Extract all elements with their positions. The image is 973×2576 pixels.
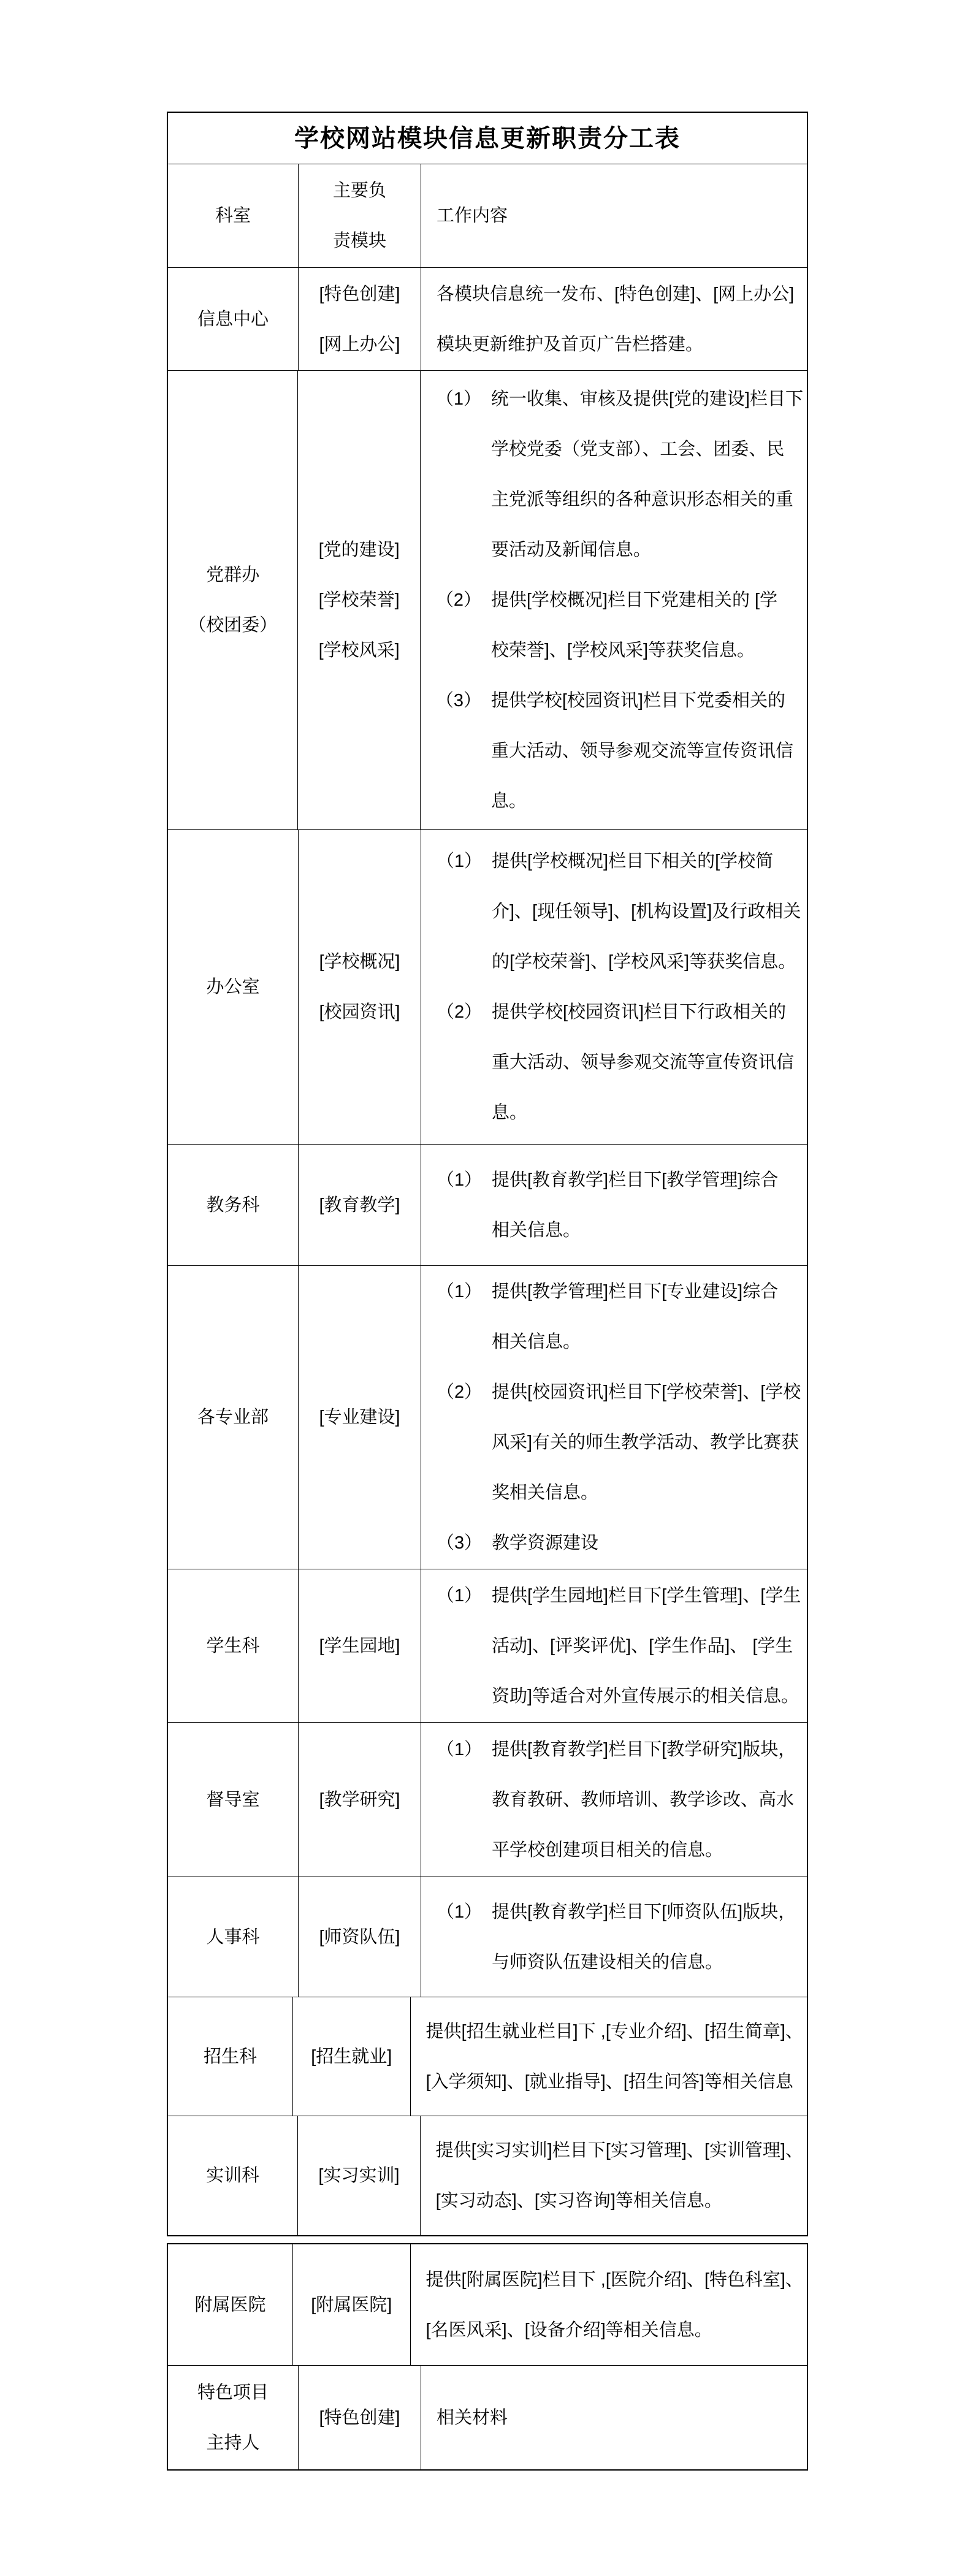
content-cell: 提供[招生就业栏目]下 ,[专业介绍]、[招生简章]、[入学须知]、[就业指导]… (411, 1997, 807, 2116)
content-item: （2）提供[校园资讯]栏目下[学校荣誉]、[学校风采]有关的师生教学活动、教学比… (437, 1367, 803, 1518)
item-number: （2） (436, 575, 491, 625)
dept-cell: 招生科 (168, 1997, 293, 2116)
content-line: 统一收集、审核及提供[党的建设]栏目下 (491, 374, 803, 424)
content-line: 重大活动、领导参观交流等宣传资讯信 (492, 1037, 803, 1088)
dept-cell: 办公室 (168, 830, 299, 1144)
content-line: 介]、[现任领导]、[机构设置]及行政相关 (492, 886, 803, 937)
content-item: （1）提供[教学管理]栏目下[专业建设]综合相关信息。 (437, 1267, 803, 1367)
module-cell: [专业建设] (299, 1266, 421, 1569)
table-row: 党群办（校团委） [党的建设][学校荣誉][学校风采] （1）统一收集、审核及提… (168, 371, 807, 830)
content-line: 提供[学校概况]栏目下相关的[学校简 (492, 836, 803, 886)
table-row: 督导室 [教学研究] （1）提供[教育教学]栏目下[教学研究]版块，教育教研、教… (168, 1723, 807, 1877)
content-line: 活动]、[评奖评优]、[学生作品]、 [学生 (492, 1621, 803, 1671)
content-item-lines: 教学资源建设 (492, 1518, 803, 1568)
dept-line: 招生科 (204, 2032, 257, 2082)
content-item: （3）提供学校[校园资讯]栏目下党委相关的重大活动、领导参观交流等宣传资讯信息。 (436, 676, 803, 826)
module-cell: [教学研究] (299, 1723, 421, 1877)
table-title-row: 学校网站模块信息更新职责分工表 (168, 113, 807, 164)
content-item: 提供[实习实训]栏目下[实习管理]、[实训管理]、[实习动态]、[实习咨询]等相… (436, 2125, 803, 2226)
module-tag: [校园资讯] (319, 987, 400, 1037)
document-page: 学校网站模块信息更新职责分工表 科室 主要负 责模块 工作内容 信息中心 [特色… (0, 0, 973, 2576)
content-item-lines: 各模块信息统一发布、[特色创建]、[网上办公]模块更新维护及首页广告栏搭建。 (437, 269, 803, 370)
dept-line: 办公室 (206, 962, 259, 1012)
item-number: （1） (437, 1887, 492, 1937)
content-line: 提供[教育教学]栏目下[师资队伍]版块， (492, 1887, 803, 1937)
dept-line: 党群办 (206, 550, 259, 600)
dept-line: 特色项目 (197, 2368, 269, 2418)
content-item-lines: 提供学校[校园资讯]栏目下党委相关的重大活动、领导参观交流等宣传资讯信息。 (491, 676, 803, 826)
content-line: 奖相关信息。 (492, 1468, 803, 1518)
header-module-cell: 主要负 责模块 (299, 164, 421, 267)
content-cell: （1）提供[教学管理]栏目下[专业建设]综合相关信息。（2）提供[校园资讯]栏目… (421, 1266, 807, 1569)
item-number: （3） (436, 676, 491, 726)
content-line: 提供[教学管理]栏目下[专业建设]综合 (492, 1267, 803, 1317)
table-row: 特色项目主持人 [特色创建] 相关材料 (168, 2366, 807, 2469)
module-cell: [特色创建][网上办公] (299, 268, 421, 370)
header-row: 科室 主要负 责模块 工作内容 (168, 164, 807, 268)
module-tag: [网上办公] (319, 319, 400, 370)
item-number: （2） (437, 1367, 492, 1417)
content-item: 各模块信息统一发布、[特色创建]、[网上办公]模块更新维护及首页广告栏搭建。 (437, 269, 803, 370)
content-line: 息。 (491, 776, 803, 826)
dept-cell: 附属医院 (168, 2244, 293, 2365)
module-cell: [特色创建] (299, 2366, 421, 2469)
content-item: （1）提供[教育教学]栏目下[教学研究]版块，教育教研、教师培训、教学诊改、高水… (437, 1724, 803, 1875)
item-number: （1） (437, 1155, 492, 1205)
content-item-lines: 提供[学校概况]栏目下党建相关的 [学校荣誉]、[学校风采]等获奖信息。 (491, 575, 803, 676)
appendix-table: 附属医院 [附属医院] 提供[附属医院]栏目下 ,[医院介绍]、[特色科室]、[… (167, 2243, 808, 2471)
module-tag: [附属医院] (311, 2280, 392, 2330)
content-line: 模块更新维护及首页广告栏搭建。 (437, 319, 803, 370)
content-item-lines: 提供[教学管理]栏目下[专业建设]综合相关信息。 (492, 1267, 803, 1367)
module-cell: [教育教学] (299, 1145, 421, 1265)
content-line: 校荣誉]、[学校风采]等获奖信息。 (491, 625, 803, 676)
content-line: [名医风采]、[设备介绍]等相关信息。 (426, 2305, 803, 2355)
content-item: 提供[招生就业栏目]下 ,[专业介绍]、[招生简章]、[入学须知]、[就业指导]… (426, 2006, 803, 2107)
content-line: 平学校创建项目相关的信息。 (492, 1825, 803, 1875)
header-content-cell: 工作内容 (421, 164, 807, 267)
content-item-lines: 提供[教育教学]栏目下[教学研究]版块，教育教研、教师培训、教学诊改、高水平学校… (492, 1724, 803, 1875)
content-line: 相关信息。 (492, 1317, 803, 1367)
table-row: 实训科 [实习实训] 提供[实习实训]栏目下[实习管理]、[实训管理]、[实习动… (168, 2116, 807, 2235)
header-module-label-line2: 责模块 (333, 216, 386, 266)
content-line: 教育教研、教师培训、教学诊改、高水 (492, 1775, 803, 1825)
content-item-lines: 提供学校[校园资讯]栏目下行政相关的重大活动、领导参观交流等宣传资讯信息。 (492, 987, 803, 1138)
table-row: 教务科 [教育教学] （1）提供[教育教学]栏目下[教学管理]综合相关信息。 (168, 1145, 807, 1266)
content-cell: （1）统一收集、审核及提供[党的建设]栏目下学校党委（党支部）、工会、团委、民主… (421, 371, 807, 829)
module-tag: [学校风采] (319, 625, 400, 676)
content-cell: 各模块信息统一发布、[特色创建]、[网上办公]模块更新维护及首页广告栏搭建。 (421, 268, 807, 370)
dept-cell: 督导室 (168, 1723, 299, 1877)
content-line: 相关材料 (437, 2393, 803, 2443)
content-line: 学校党委（党支部）、工会、团委、民 (491, 424, 803, 474)
content-item: （1）提供[教育教学]栏目下[师资队伍]版块，与师资队伍建设相关的信息。 (437, 1887, 803, 1987)
content-item-lines: 相关材料 (437, 2393, 803, 2443)
module-tag: [专业建设] (319, 1392, 400, 1442)
content-item-lines: 统一收集、审核及提供[党的建设]栏目下学校党委（党支部）、工会、团委、民主党派等… (491, 374, 803, 575)
dept-cell: 各专业部 (168, 1266, 299, 1569)
table-row: 人事科 [师资队伍] （1）提供[教育教学]栏目下[师资队伍]版块，与师资队伍建… (168, 1877, 807, 1997)
dept-line: 学生科 (206, 1621, 259, 1671)
responsibility-table: 学校网站模块信息更新职责分工表 科室 主要负 责模块 工作内容 信息中心 [特色… (167, 112, 808, 2471)
content-line: 各模块信息统一发布、[特色创建]、[网上办公] (437, 269, 803, 319)
module-tag: [教育教学] (319, 1180, 400, 1230)
content-cell: （1）提供[学校概况]栏目下相关的[学校简介]、[现任领导]、[机构设置]及行政… (421, 830, 807, 1144)
item-number: （1） (436, 374, 491, 424)
content-cell: 相关材料 (421, 2366, 807, 2469)
content-item-lines: 提供[学生园地]栏目下[学生管理]、[学生活动]、[评奖评优]、[学生作品]、 … (492, 1571, 803, 1721)
dept-cell: 党群办（校团委） (168, 371, 298, 829)
dept-cell: 信息中心 (168, 268, 299, 370)
module-cell: [师资队伍] (299, 1877, 421, 1997)
module-cell: [招生就业] (293, 1997, 411, 2116)
content-item-lines: 提供[学校概况]栏目下相关的[学校简介]、[现任领导]、[机构设置]及行政相关的… (492, 836, 803, 987)
content-line: 的[学校荣誉]、[学校风采]等获奖信息。 (492, 937, 803, 987)
content-line: 主党派等组织的各种意识形态相关的重 (491, 474, 803, 525)
content-line: 提供学校[校园资讯]栏目下党委相关的 (491, 676, 803, 726)
content-line: 重大活动、领导参观交流等宣传资讯信 (491, 726, 803, 776)
dept-cell: 实训科 (168, 2116, 298, 2235)
header-content-label: 工作内容 (437, 191, 508, 241)
content-cell: （1）提供[学生园地]栏目下[学生管理]、[学生活动]、[评奖评优]、[学生作品… (421, 1569, 807, 1722)
item-number: （1） (437, 1724, 492, 1775)
module-tag: [学生园地] (319, 1621, 400, 1671)
dept-line: 教务科 (206, 1180, 259, 1230)
module-tag: [教学研究] (319, 1775, 400, 1825)
content-line: [入学须知]、[就业指导]、[招生问答]等相关信息 (426, 2057, 803, 2107)
table-row: 学生科 [学生园地] （1）提供[学生园地]栏目下[学生管理]、[学生活动]、[… (168, 1569, 807, 1723)
module-tag: [学校荣誉] (319, 575, 400, 625)
dept-line: 人事科 (206, 1912, 259, 1962)
module-tag: [学校概况] (319, 937, 400, 987)
content-line: 提供[学校概况]栏目下党建相关的 [学 (491, 575, 803, 625)
item-number: （1） (437, 1267, 492, 1317)
dept-line: 信息中心 (197, 294, 269, 345)
module-tag: [特色创建] (319, 2393, 400, 2443)
dept-line: 附属医院 (194, 2280, 265, 2330)
header-dept-cell: 科室 (168, 164, 299, 267)
table-row: 附属医院 [附属医院] 提供[附属医院]栏目下 ,[医院介绍]、[特色科室]、[… (168, 2244, 807, 2366)
module-cell: [党的建设][学校荣誉][学校风采] (298, 371, 420, 829)
table-title: 学校网站模块信息更新职责分工表 (294, 113, 681, 164)
module-tag: [招生就业] (311, 2032, 392, 2082)
content-item: （3）教学资源建设 (437, 1518, 803, 1568)
content-item-lines: 提供[招生就业栏目]下 ,[专业介绍]、[招生简章]、[入学须知]、[就业指导]… (426, 2006, 803, 2107)
table-row: 招生科 [招生就业] 提供[招生就业栏目]下 ,[专业介绍]、[招生简章]、[入… (168, 1997, 807, 2116)
module-tag: [实习实训] (318, 2151, 399, 2201)
content-item: 相关材料 (437, 2393, 803, 2443)
content-line: 要活动及新闻信息。 (491, 525, 803, 575)
module-cell: [学生园地] (299, 1569, 421, 1722)
content-item-lines: 提供[附属医院]栏目下 ,[医院介绍]、[特色科室]、[名医风采]、[设备介绍]… (426, 2255, 803, 2355)
content-line: 提供学校[校园资讯]栏目下行政相关的 (492, 987, 803, 1037)
content-line: 息。 (492, 1088, 803, 1138)
content-item-lines: 提供[实习实训]栏目下[实习管理]、[实训管理]、[实习动态]、[实习咨询]等相… (436, 2125, 803, 2226)
module-tag: [师资队伍] (319, 1912, 400, 1962)
dept-cell: 特色项目主持人 (168, 2366, 299, 2469)
item-number: （1） (437, 836, 492, 886)
header-dept-label: 科室 (215, 191, 251, 241)
item-number: （2） (437, 987, 492, 1037)
table-row: 办公室 [学校概况][校园资讯] （1）提供[学校概况]栏目下相关的[学校简介]… (168, 830, 807, 1145)
content-cell: 提供[附属医院]栏目下 ,[医院介绍]、[特色科室]、[名医风采]、[设备介绍]… (411, 2244, 807, 2365)
content-item: （1）统一收集、审核及提供[党的建设]栏目下学校党委（党支部）、工会、团委、民主… (436, 374, 803, 575)
content-item-lines: 提供[校园资讯]栏目下[学校荣誉]、[学校风采]有关的师生教学活动、教学比赛获奖… (492, 1367, 803, 1518)
item-number: （1） (437, 1571, 492, 1621)
module-tag: [特色创建] (319, 269, 400, 319)
module-cell: [附属医院] (293, 2244, 411, 2365)
dept-line: 督导室 (206, 1775, 259, 1825)
content-line: 提供[教育教学]栏目下[教学管理]综合 (492, 1155, 803, 1205)
content-item-lines: 提供[教育教学]栏目下[师资队伍]版块，与师资队伍建设相关的信息。 (492, 1887, 803, 1987)
content-item: （1）提供[学校概况]栏目下相关的[学校简介]、[现任领导]、[机构设置]及行政… (437, 836, 803, 987)
content-item: （1）提供[教育教学]栏目下[教学管理]综合相关信息。 (437, 1155, 803, 1256)
dept-line: 各专业部 (197, 1392, 269, 1442)
content-line: 相关信息。 (492, 1205, 803, 1256)
content-line: 教学资源建设 (492, 1518, 803, 1568)
content-line: 提供[实习实训]栏目下[实习管理]、[实训管理]、 (436, 2125, 803, 2176)
content-line: 与师资队伍建设相关的信息。 (492, 1937, 803, 1987)
table-row: 信息中心 [特色创建][网上办公] 各模块信息统一发布、[特色创建]、[网上办公… (168, 268, 807, 371)
content-cell: （1）提供[教育教学]栏目下[教学管理]综合相关信息。 (421, 1145, 807, 1265)
content-line: 提供[招生就业栏目]下 ,[专业介绍]、[招生简章]、 (426, 2006, 803, 2057)
content-cell: 提供[实习实训]栏目下[实习管理]、[实训管理]、[实习动态]、[实习咨询]等相… (421, 2116, 807, 2235)
dept-line: （校团委） (188, 600, 277, 650)
content-item: （2）提供[学校概况]栏目下党建相关的 [学校荣誉]、[学校风采]等获奖信息。 (436, 575, 803, 676)
dept-line: 实训科 (206, 2151, 259, 2201)
content-line: 提供[校园资讯]栏目下[学校荣誉]、[学校 (492, 1367, 803, 1417)
dept-cell: 人事科 (168, 1877, 299, 1997)
module-cell: [学校概况][校园资讯] (299, 830, 421, 1144)
content-item: （2）提供学校[校园资讯]栏目下行政相关的重大活动、领导参观交流等宣传资讯信息。 (437, 987, 803, 1138)
module-tag: [党的建设] (319, 525, 400, 575)
content-line: 提供[附属医院]栏目下 ,[医院介绍]、[特色科室]、 (426, 2255, 803, 2305)
item-number: （3） (437, 1518, 492, 1568)
content-cell: （1）提供[教育教学]栏目下[教学研究]版块，教育教研、教师培训、教学诊改、高水… (421, 1723, 807, 1877)
content-line: 资助]等适合对外宣传展示的相关信息。 (492, 1671, 803, 1721)
content-item: 提供[附属医院]栏目下 ,[医院介绍]、[特色科室]、[名医风采]、[设备介绍]… (426, 2255, 803, 2355)
content-line: 风采]有关的师生教学活动、教学比赛获 (492, 1417, 803, 1468)
module-cell: [实习实训] (298, 2116, 420, 2235)
dept-cell: 学生科 (168, 1569, 299, 1722)
dept-cell: 教务科 (168, 1145, 299, 1265)
table-row: 各专业部 [专业建设] （1）提供[教学管理]栏目下[专业建设]综合相关信息。（… (168, 1266, 807, 1569)
content-line: 提供[教育教学]栏目下[教学研究]版块， (492, 1724, 803, 1775)
content-line: [实习动态]、[实习咨询]等相关信息。 (436, 2176, 803, 2226)
content-item: （1）提供[学生园地]栏目下[学生管理]、[学生活动]、[评奖评优]、[学生作品… (437, 1571, 803, 1721)
content-item-lines: 提供[教育教学]栏目下[教学管理]综合相关信息。 (492, 1155, 803, 1256)
dept-line: 主持人 (206, 2418, 259, 2468)
content-cell: （1）提供[教育教学]栏目下[师资队伍]版块，与师资队伍建设相关的信息。 (421, 1877, 807, 1997)
header-module-label-line1: 主要负 (333, 166, 386, 216)
main-table: 学校网站模块信息更新职责分工表 科室 主要负 责模块 工作内容 信息中心 [特色… (167, 112, 808, 2236)
content-line: 提供[学生园地]栏目下[学生管理]、[学生 (492, 1571, 803, 1621)
